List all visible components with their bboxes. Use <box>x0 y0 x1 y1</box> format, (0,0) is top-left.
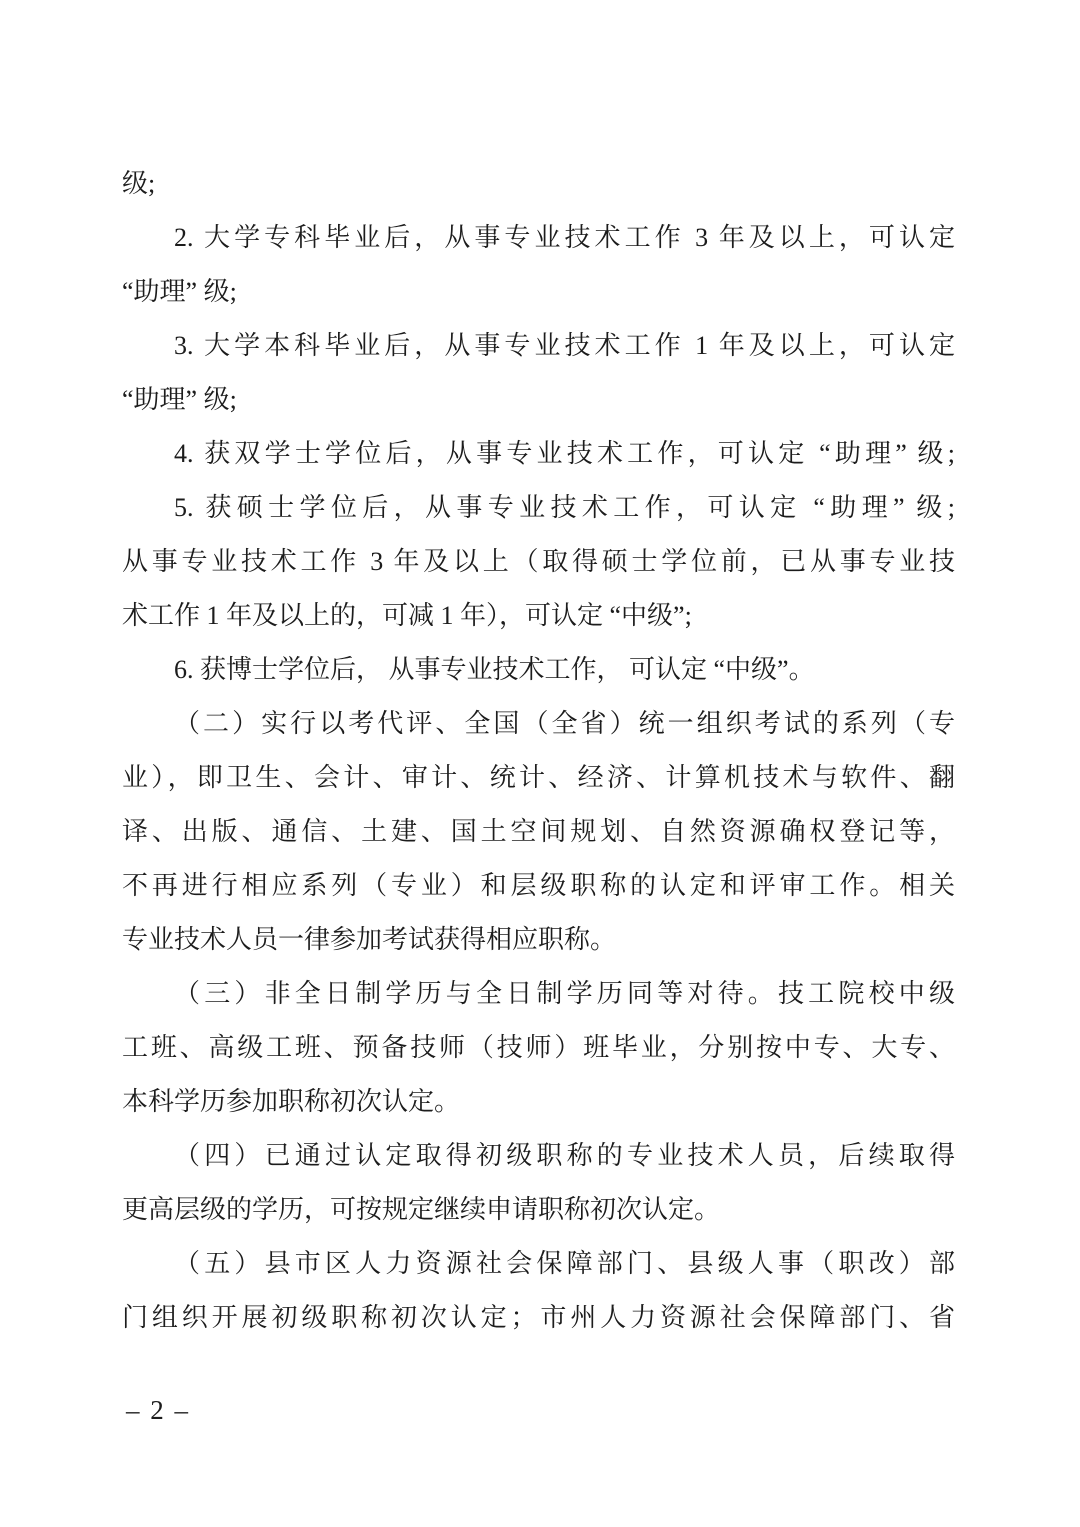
text-line: （三）非全日制学历与全日制学历同等对待。技工院校中级 <box>122 967 955 1021</box>
text-line: 级; <box>122 157 955 211</box>
text-line: （五）县市区人力资源社会保障部门、县级人事（职改）部 <box>122 1237 955 1291</box>
text-line: 5. 获硕士学位后，从事专业技术工作，可认定 “助理” 级; <box>122 481 955 535</box>
text-line: 本科学历参加职称初次认定。 <box>122 1075 955 1129</box>
text-line: 专业技术人员一律参加考试获得相应职称。 <box>122 913 955 967</box>
text-line: “助理” 级; <box>122 265 955 319</box>
text-line: 业），即卫生、会计、审计、统计、经济、计算机技术与软件、翻 <box>122 751 955 805</box>
text-line: 从事专业技术工作 3 年及以上（取得硕士学位前，已从事专业技 <box>122 535 955 589</box>
text-line: 不再进行相应系列（专业）和层级职称的认定和评审工作。相关 <box>122 859 955 913</box>
text-line: 3. 大学本科毕业后，从事专业技术工作 1 年及以上，可认定 <box>122 319 955 373</box>
text-line: 译、出版、通信、土建、国土空间规划、自然资源确权登记等， <box>122 805 955 859</box>
text-line: 工班、高级工班、预备技师（技师）班毕业，分别按中专、大专、 <box>122 1021 955 1075</box>
document-page: 级;2. 大学专科毕业后，从事专业技术工作 3 年及以上，可认定“助理” 级;3… <box>0 0 1080 1527</box>
text-line: 术工作 1 年及以上的，可减 1 年），可认定 “中级”; <box>122 589 955 643</box>
text-line: 6. 获博士学位后， 从事专业技术工作， 可认定 “中级”。 <box>122 643 955 697</box>
text-line: 更高层级的学历，可按规定继续申请职称初次认定。 <box>122 1183 955 1237</box>
text-line: 4. 获双学士学位后，从事专业技术工作，可认定 “助理” 级; <box>122 427 955 481</box>
text-line: “助理” 级; <box>122 373 955 427</box>
page-number: – 2 – <box>126 1394 190 1426</box>
text-line: （二）实行以考代评、全国（全省）统一组织考试的系列（专 <box>122 697 955 751</box>
text-line: 门组织开展初级职称初次认定；市州人力资源社会保障部门、省 <box>122 1291 955 1345</box>
text-line: （四）已通过认定取得初级职称的专业技术人员，后续取得 <box>122 1129 955 1183</box>
text-line: 2. 大学专科毕业后，从事专业技术工作 3 年及以上，可认定 <box>122 211 955 265</box>
document-body: 级;2. 大学专科毕业后，从事专业技术工作 3 年及以上，可认定“助理” 级;3… <box>122 157 955 1345</box>
